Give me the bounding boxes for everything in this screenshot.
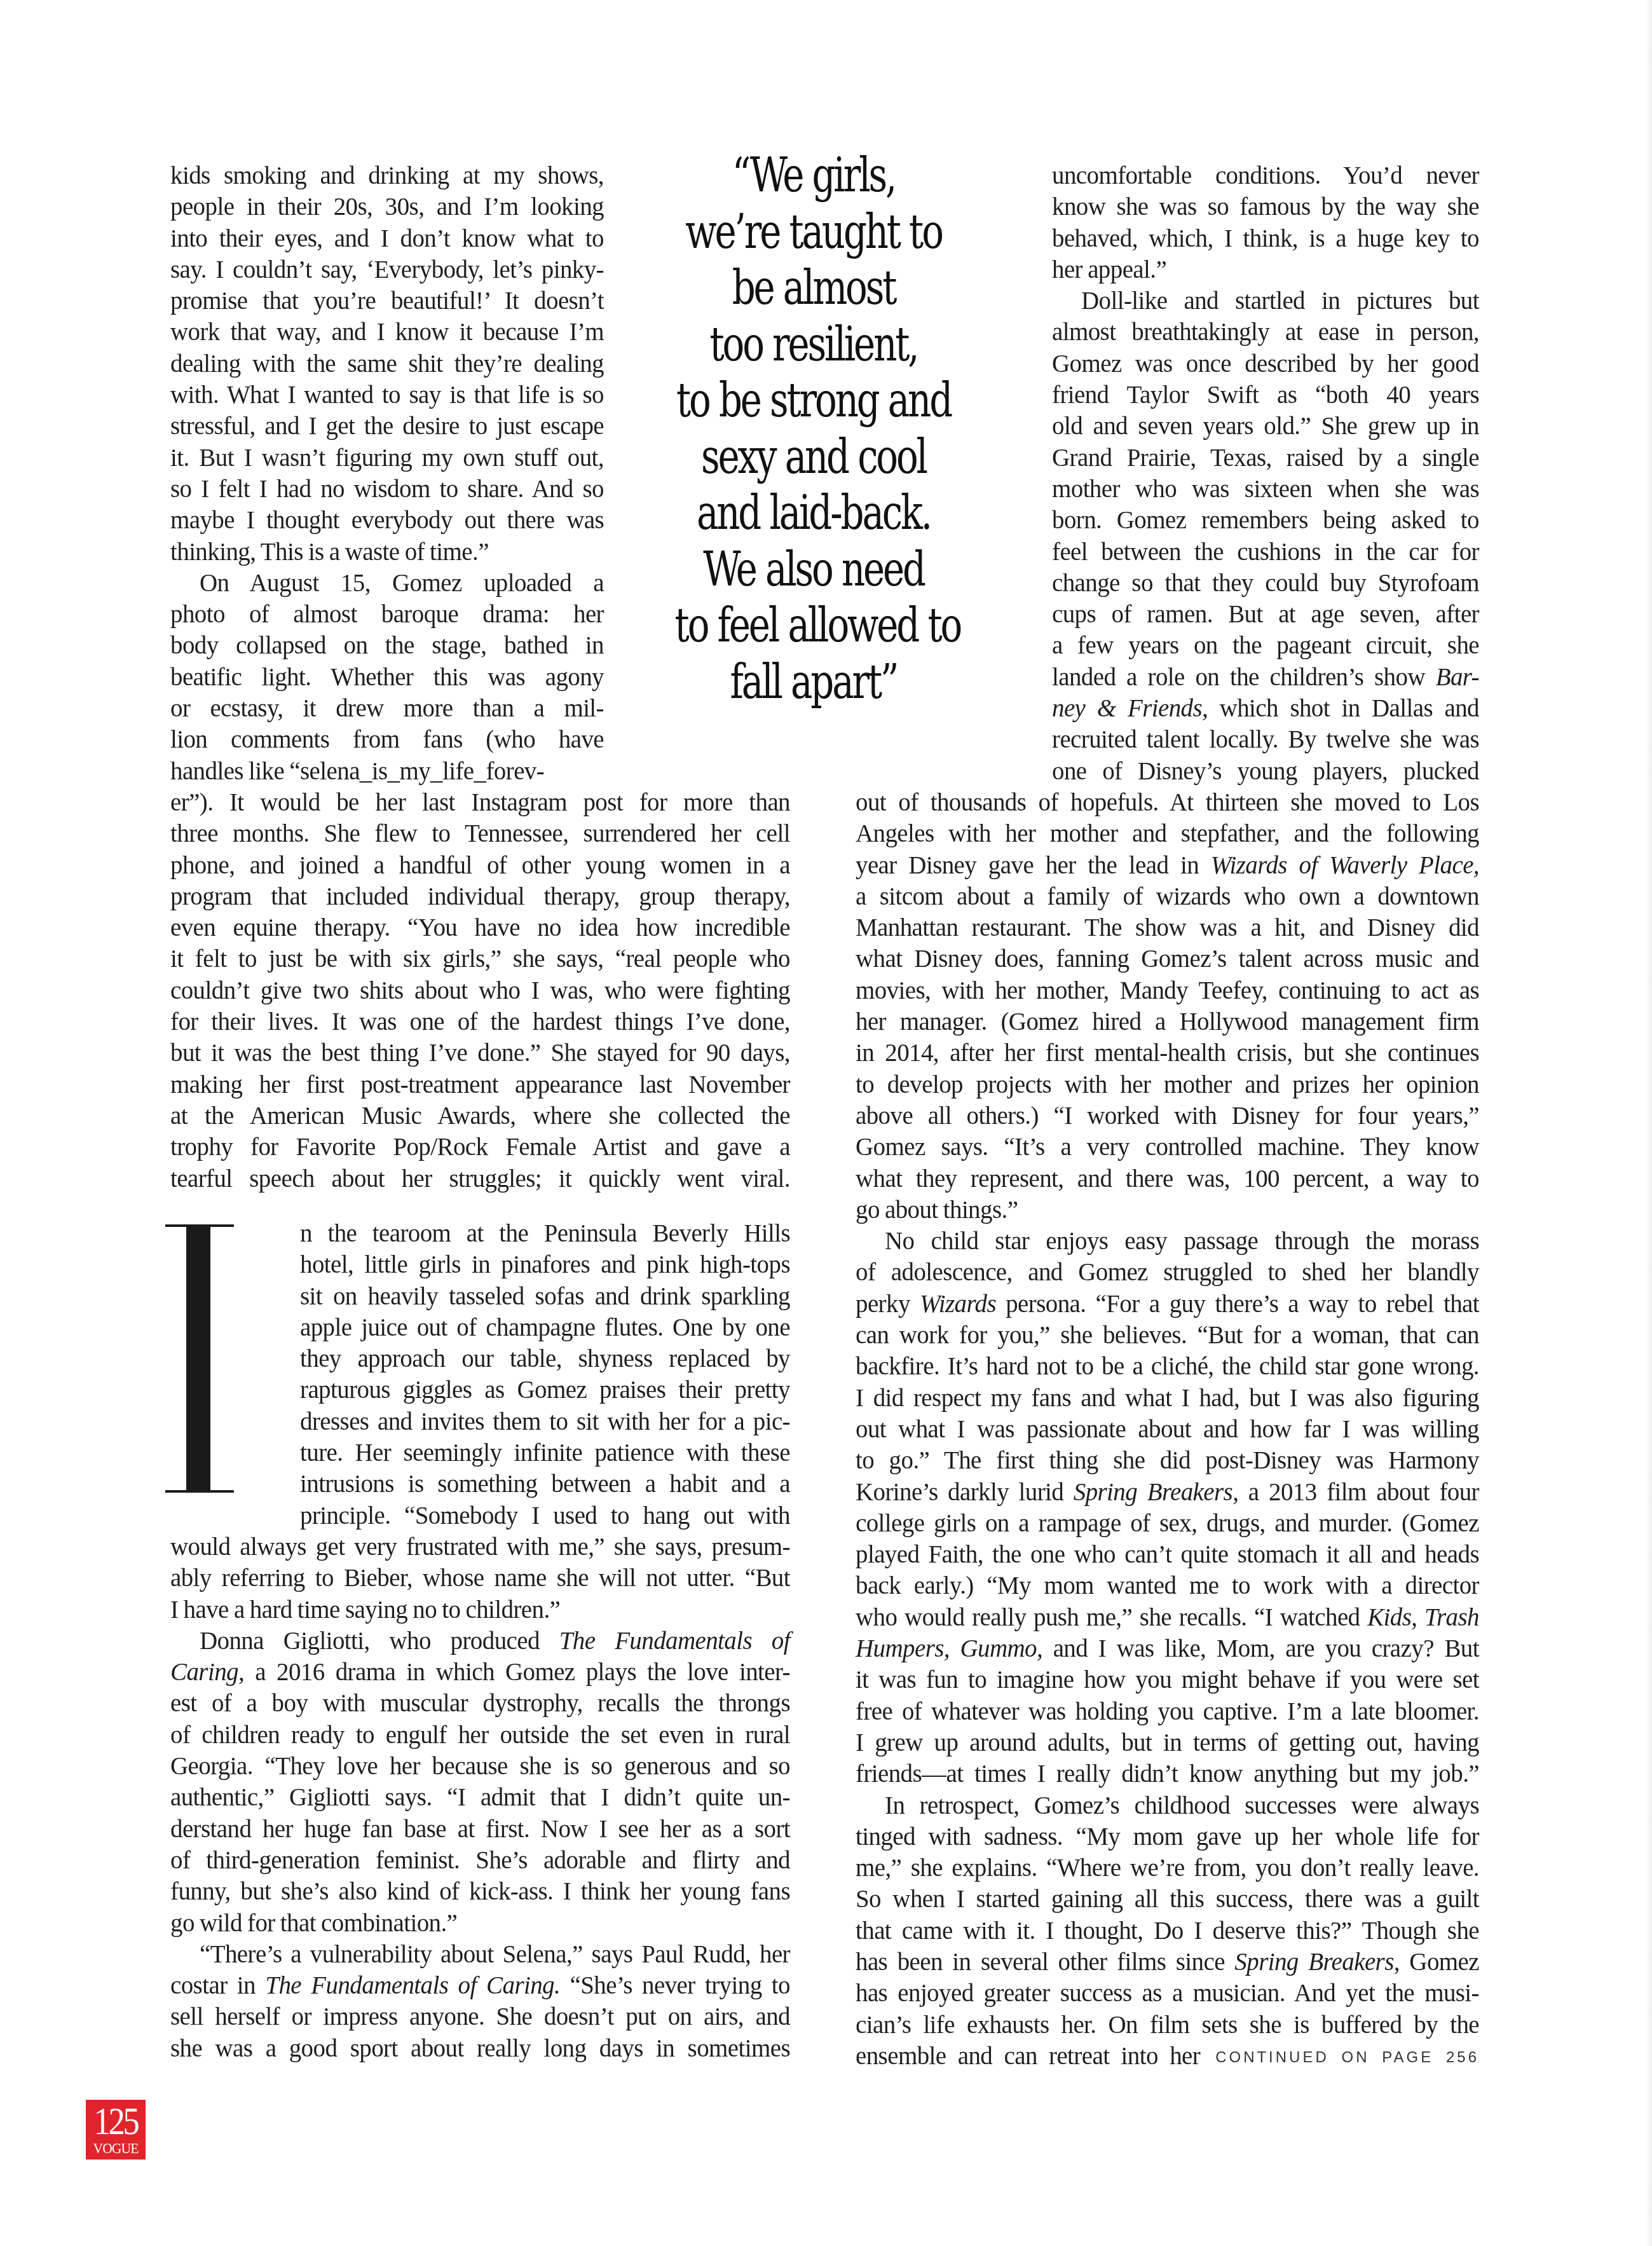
body-line: a sitcom about a family of wizards who o…: [856, 881, 1479, 912]
body-line: derstand her huge fan base at first. Now…: [170, 1814, 790, 1845]
body-line: thinking, This is a waste of time.”: [170, 537, 604, 568]
body-line: kids smoking and drinking at my shows,: [170, 160, 604, 191]
body-line: handles like “selena_is_my_life_forev-: [170, 756, 604, 787]
body-line: funny, but she’s also kind of kick-ass. …: [170, 1876, 790, 1907]
body-line: couldn’t give two shits about who I was,…: [170, 975, 790, 1006]
body-line: college girls on a rampage of sex, drugs…: [856, 1508, 1479, 1539]
body-line: her manager. (Gomez hired a Hollywood ma…: [856, 1006, 1479, 1037]
italic-title: Kids, Trash: [1367, 1604, 1479, 1631]
continued-on-page-link: CONTINUED ON PAGE 256: [1215, 2049, 1479, 2066]
body-line: body collapsed on the stage, bathed in: [170, 630, 604, 661]
text-run: “She’s never trying to: [560, 1972, 790, 1999]
body-line: has been in several other films since Sp…: [856, 1947, 1479, 1978]
body-line: est of a boy with muscular dystrophy, re…: [170, 1688, 790, 1719]
text-run: a 2013 film about four: [1238, 1479, 1479, 1506]
italic-title: Humpers, Gummo,: [856, 1635, 1042, 1662]
body-line: dresses and invites them to sit with her…: [300, 1406, 790, 1437]
body-line: has enjoyed greater success as a musicia…: [856, 1978, 1479, 2009]
body-line: for their lives. It was one of the harde…: [170, 1006, 790, 1037]
body-line: Gomez says. “It’s a very controlled mach…: [856, 1132, 1479, 1163]
body-line: phone, and joined a handful of other you…: [170, 850, 790, 881]
body-line: photo of almost baroque drama: her: [170, 599, 604, 630]
body-line: free of whatever was holding you captive…: [856, 1696, 1479, 1727]
italic-title: Bar-: [1436, 664, 1479, 691]
body-line: it. But I wasn’t figuring my own stuff o…: [170, 442, 604, 474]
drop-cap-I: I: [165, 1224, 234, 1493]
drop-cap-serif-bottom: [165, 1490, 234, 1493]
left-column-upper: kids smoking and drinking at my shows, p…: [170, 160, 604, 787]
italic-title: The Fundamentals of Caring.: [265, 1972, 560, 1999]
body-line: of children ready to engulf her outside …: [170, 1720, 790, 1751]
body-line: So when I started gaining all this succe…: [856, 1884, 1479, 1915]
body-line: so I felt I had no wisdom to share. And …: [170, 474, 604, 505]
body-line: go about things.”: [856, 1195, 1479, 1226]
text-run: a 2016 drama in which Gomez plays the lo…: [255, 1659, 790, 1686]
text-run: which shot in Dallas and: [1208, 695, 1479, 722]
body-line: hotel, little girls in pinafores and pin…: [300, 1249, 790, 1280]
pull-quote-line: too resilient,: [675, 317, 953, 373]
right-column-wide: out of thousands of hopefuls. At thirtee…: [856, 787, 1479, 2072]
body-line: friend Taylor Swift as “both 40 years: [1052, 380, 1479, 411]
body-line: uncomfortable conditions. You’d never: [1052, 160, 1479, 191]
body-line: one of Disney’s young players, plucked: [1052, 756, 1479, 787]
text-run: landed a role on the children’s show: [1052, 664, 1436, 691]
left-column-dropcap-text: n the tearoom at the Peninsula Beverly H…: [300, 1218, 790, 1531]
body-line: her appeal.”: [1052, 254, 1479, 285]
body-line: Korine’s darkly lurid Spring Breakers, a…: [856, 1477, 1479, 1508]
body-line: movies, with her mother, Mandy Teefey, c…: [856, 975, 1479, 1006]
body-line: out what I was passionate about and how …: [856, 1414, 1479, 1445]
body-line: in 2014, after her first mental-health c…: [856, 1037, 1479, 1069]
body-line: rapturous giggles as Gomez praises their…: [300, 1374, 790, 1406]
body-line: mother who was sixteen when she was: [1052, 474, 1479, 505]
magazine-page: “We girls, we’re taught to be almost too…: [0, 0, 1652, 2246]
body-line: three months. She flew to Tennessee, sur…: [170, 818, 790, 849]
body-line: know she was so famous by the way she: [1052, 191, 1479, 223]
body-line: landed a role on the children’s show Bar…: [1052, 662, 1479, 693]
body-line: of third-generation feminist. She’s ador…: [170, 1845, 790, 1876]
body-line: sit on heavily tasseled sofas and drink …: [300, 1281, 790, 1312]
body-line: can work for you,” she believes. “But fo…: [856, 1320, 1479, 1351]
body-line: backfire. It’s hard not to be a cliché, …: [856, 1351, 1479, 1382]
body-line: promise that you’re beautiful!’ It doesn…: [170, 285, 604, 317]
body-line: Caring, a 2016 drama in which Gomez play…: [170, 1657, 790, 1688]
italic-title: Caring,: [170, 1659, 255, 1686]
body-line: Manhattan restaurant. The show was a hit…: [856, 912, 1479, 943]
body-line: Gomez was once described by her good: [1052, 348, 1479, 380]
body-line: she was a good sport about really long d…: [170, 2033, 790, 2064]
body-line: tearful speech about her struggles; it q…: [170, 1163, 790, 1195]
body-line: No child star enjoys easy passage throug…: [856, 1226, 1479, 1257]
text-run: perky: [856, 1291, 920, 1318]
body-line: In retrospect, Gomez’s childhood success…: [856, 1790, 1479, 1821]
text-run: Donna Gigliotti, who produced: [200, 1627, 559, 1655]
pull-quote: “We girls, we’re taught to be almost too…: [636, 147, 992, 710]
body-line: year Disney gave her the lead in Wizards…: [856, 850, 1479, 881]
body-line: people in their 20s, 30s, and I’m lookin…: [170, 191, 604, 223]
body-line: feel between the cushions in the car for: [1052, 537, 1479, 568]
italic-title: ney & Friends,: [1052, 695, 1208, 722]
pull-quote-line: to feel allowed to: [675, 598, 953, 654]
body-line: sell herself or impress anyone. She does…: [170, 2001, 790, 2032]
text-run: and I was like, Mom, are you crazy? But: [1042, 1635, 1479, 1662]
body-line: say. I couldn’t say, ‘Everybody, let’s p…: [170, 254, 604, 285]
text-run: persona. “For a guy there’s a way to reb…: [996, 1291, 1479, 1318]
body-line: er”). It would be her last Instagram pos…: [170, 787, 790, 818]
body-line: maybe I thought everybody out there was: [170, 505, 604, 536]
text-run: ensemble and can retreat into her: [856, 2043, 1200, 2070]
body-line: work that way, and I know it because I’m: [170, 317, 604, 348]
italic-title: Wizards of Waverly Place,: [1211, 852, 1479, 879]
body-line: ensemble and can retreat into herCONTINU…: [856, 2041, 1479, 2072]
body-line: authentic,” Gigliotti says. “I admit tha…: [170, 1782, 790, 1813]
pull-quote-line: we’re taught to: [675, 204, 953, 261]
body-line: cian’s life exhausts her. On film sets s…: [856, 2010, 1479, 2041]
body-line: lion comments from fans (who have: [170, 724, 604, 755]
left-column-lower: would always get very frustrated with me…: [170, 1531, 790, 2064]
body-line: ney & Friends, which shot in Dallas and: [1052, 693, 1479, 724]
body-line: ably referring to Bieber, whose name she…: [170, 1563, 790, 1594]
italic-title: The Fundamentals of: [559, 1627, 790, 1655]
body-line: it was fun to imagine how you might beha…: [856, 1664, 1479, 1695]
pull-quote-line: fall apart”: [675, 654, 953, 711]
italic-title: Spring Breakers,: [1074, 1479, 1239, 1506]
body-line: tinged with sadness. “My mom gave up her…: [856, 1821, 1479, 1852]
body-line: to go.” The first thing she did post-Dis…: [856, 1445, 1479, 1476]
body-line: at the American Music Awards, where she …: [170, 1100, 790, 1132]
body-line: program that included individual therapy…: [170, 881, 790, 912]
body-line: stressful, and I get the desire to just …: [170, 411, 604, 442]
logo-brand: VOGUE: [89, 2140, 143, 2157]
body-line: what they represent, and there was, 100 …: [856, 1163, 1479, 1195]
body-line: behaved, which, I think, is a huge key t…: [1052, 223, 1479, 254]
body-line: of adolescence, and Gomez struggled to s…: [856, 1257, 1479, 1288]
body-line: back early.) “My mom wanted me to work w…: [856, 1570, 1479, 1601]
body-line: me,” she explains. “Where we’re from, yo…: [856, 1852, 1479, 1884]
body-line: to develop projects with her mother and …: [856, 1069, 1479, 1100]
body-line: Doll-like and startled in pictures but: [1052, 285, 1479, 317]
logo-number: 125: [90, 2102, 141, 2140]
pull-quote-line: sexy and cool: [675, 429, 953, 486]
body-line: Donna Gigliotti, who produced The Fundam…: [170, 1626, 790, 1657]
body-line: almost breathtakingly at ease in person,: [1052, 317, 1479, 348]
vogue-125-logo: 125 VOGUE: [86, 2100, 146, 2160]
body-line: costar in The Fundamentals of Caring. “S…: [170, 1970, 790, 2001]
body-line: with. What I wanted to say is that life …: [170, 380, 604, 411]
body-line: that came with it. I thought, Do I deser…: [856, 1915, 1479, 1947]
body-line: out of thousands of hopefuls. At thirtee…: [856, 787, 1479, 818]
body-line: intrusions is something between a habit …: [300, 1469, 790, 1500]
body-line: friends—at times I really didn’t know an…: [856, 1758, 1479, 1790]
body-line: apple juice out of champagne flutes. One…: [300, 1312, 790, 1343]
text-run: Korine’s darkly lurid: [856, 1479, 1074, 1506]
body-line: Humpers, Gummo, and I was like, Mom, are…: [856, 1633, 1479, 1664]
left-column-wide: er”). It would be her last Instagram pos…: [170, 787, 790, 1195]
body-line: what Disney does, fanning Gomez’s talent…: [856, 943, 1479, 975]
right-column-upper: uncomfortable conditions. You’d never kn…: [1052, 160, 1479, 787]
text-run: Gomez: [1400, 1948, 1479, 1976]
body-line: Grand Prairie, Texas, raised by a single: [1052, 442, 1479, 474]
body-line: above all others.) “I worked with Disney…: [856, 1100, 1479, 1132]
italic-title: Spring Breakers,: [1234, 1948, 1400, 1976]
body-line: cups of ramen. But at age seven, after: [1052, 599, 1479, 630]
body-line: into their eyes, and I don’t know what t…: [170, 223, 604, 254]
text-run: has been in several other films since: [856, 1948, 1234, 1976]
body-line: change so that they could buy Styrofoam: [1052, 568, 1479, 599]
body-line: it felt to just be with six girls,” she …: [170, 943, 790, 975]
body-line: Georgia. “They love her because she is s…: [170, 1751, 790, 1782]
italic-title: Wizards: [920, 1291, 996, 1318]
drop-cap-stem: [186, 1224, 210, 1493]
pull-quote-line: and laid-back.: [675, 485, 953, 542]
body-line: even equine therapy. “You have no idea h…: [170, 912, 790, 943]
body-line: “There’s a vulnerability about Selena,” …: [170, 1939, 790, 1970]
pull-quote-line: to be strong and: [675, 373, 953, 429]
body-line: would always get very frustrated with me…: [170, 1531, 790, 1563]
body-line: they approach our table, shyness replace…: [300, 1343, 790, 1374]
body-line: dealing with the same shit they’re deali…: [170, 348, 604, 380]
pull-quote-line: We also need: [675, 542, 953, 598]
body-line: but it was the best thing I’ve done.” Sh…: [170, 1037, 790, 1069]
pull-quote-line: be almost: [675, 260, 953, 317]
body-line: I grew up around adults, but in terms of…: [856, 1727, 1479, 1758]
body-line: beatific light. Whether this was agony: [170, 662, 604, 693]
body-line: played Faith, the one who can’t quite st…: [856, 1539, 1479, 1570]
body-line: I have a hard time saying no to children…: [170, 1594, 790, 1626]
body-line: ture. Her seemingly infinite patience wi…: [300, 1437, 790, 1469]
text-run: costar in: [170, 1972, 265, 1999]
body-line: making her first post-treatment appearan…: [170, 1069, 790, 1100]
body-line: born. Gomez remembers being asked to: [1052, 505, 1479, 536]
body-line: a few years on the pageant circuit, she: [1052, 630, 1479, 661]
body-line: I did respect my fans and what I had, bu…: [856, 1383, 1479, 1414]
body-line: trophy for Favorite Pop/Rock Female Arti…: [170, 1132, 790, 1163]
body-line: recruited talent locally. By twelve she …: [1052, 724, 1479, 755]
body-line: principle. “Somebody I used to hang out …: [300, 1500, 790, 1531]
pull-quote-line: “We girls,: [675, 147, 953, 204]
body-line: n the tearoom at the Peninsula Beverly H…: [300, 1218, 790, 1249]
text-run: who would really push me,” she recalls. …: [856, 1604, 1367, 1631]
body-line: who would really push me,” she recalls. …: [856, 1602, 1479, 1633]
body-line: old and seven years old.” She grew up in: [1052, 411, 1479, 442]
text-run: year Disney gave her the lead in: [856, 852, 1211, 879]
body-line: perky Wizards persona. “For a guy there’…: [856, 1289, 1479, 1320]
page-edge-shadow: [1646, 0, 1652, 2246]
body-line: go wild for that combination.”: [170, 1908, 790, 1939]
body-line: Angeles with her mother and stepfather, …: [856, 818, 1479, 849]
body-line: or ecstasy, it drew more than a mil-: [170, 693, 604, 724]
body-line: On August 15, Gomez uploaded a: [170, 568, 604, 599]
